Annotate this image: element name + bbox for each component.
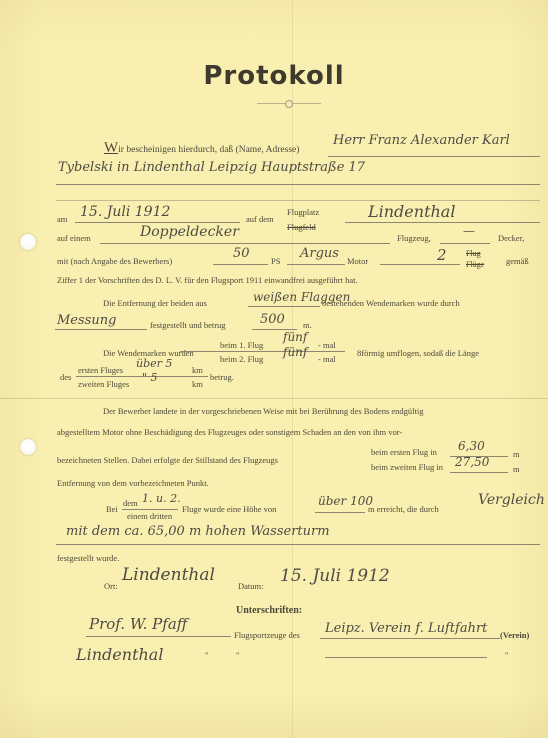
label-ps: PS — [271, 256, 280, 266]
fill-line — [56, 200, 540, 201]
handwritten-stop-1: 6,30 — [458, 439, 485, 453]
handwritten-datum: 15. Juli 1912 — [280, 566, 390, 586]
handwritten-distance: 500 — [260, 312, 285, 327]
handwritten-method-detail: mit dem ca. 65,00 m hohen Wasserturm — [66, 524, 330, 539]
label-second-flight-in: beim zweiten Flug in — [371, 462, 443, 472]
label-dem: dem — [123, 498, 138, 508]
label-ort: Ort: — [104, 581, 118, 591]
label-first-flight-in: beim ersten Flug in — [371, 447, 437, 457]
handwritten-length-1: über 5 — [136, 357, 172, 370]
label-flugzeug: Flugzeug, — [397, 233, 431, 243]
label-datum: Datum: — [238, 581, 264, 591]
label-festgestellt-wurde: festgestellt wurde. — [57, 553, 119, 563]
handwritten-which-flights: 1. u. 2. — [142, 492, 181, 505]
handwritten-club: Leipz. Verein f. Luftfahrt — [325, 621, 487, 636]
paper-fold — [0, 398, 548, 399]
fill-line — [328, 156, 540, 157]
fill-line — [320, 638, 500, 639]
handwritten-length-2: " 5 — [142, 371, 158, 384]
title-ornament — [257, 103, 321, 104]
fill-line — [380, 264, 460, 265]
label-flugfeld-struck: Flugfeld — [287, 222, 316, 232]
handwritten-turns-1: fünf — [283, 330, 307, 344]
handwritten-method: Messung — [57, 313, 116, 328]
fill-line — [325, 657, 487, 658]
fill-line — [100, 243, 390, 244]
signature-line — [86, 636, 231, 637]
handwritten-aircraft-type: Doppeldecker — [140, 224, 239, 240]
label-auf-dem: auf dem — [246, 214, 274, 224]
document-title: Protokoll — [0, 61, 548, 91]
label-des: des — [60, 372, 71, 382]
signatures-heading: Unterschriften: — [236, 605, 302, 616]
handwritten-decker: — — [463, 224, 475, 238]
label-mal: - mal — [318, 340, 336, 350]
ditto-mark: " — [205, 650, 208, 660]
handwritten-flight-count: 2 — [437, 246, 447, 264]
fill-line — [248, 306, 320, 307]
label-hoehe: Fluge wurde eine Höhe von — [182, 504, 276, 514]
punch-hole — [20, 234, 36, 250]
label-flugsportzeuge: Flugsportzeuge des — [234, 630, 300, 640]
intro-label: Wir bescheinigen hierdurch, daß (Name, A… — [104, 140, 299, 157]
fill-line — [213, 264, 268, 265]
fill-line — [345, 222, 540, 223]
label-einem-dritten: einem dritten — [127, 511, 172, 521]
label-flight2: beim 2. Flug — [220, 354, 263, 364]
label-flight1: beim 1. Flug — [220, 340, 263, 350]
handwritten-ort: Lindenthal — [122, 565, 215, 585]
label-second-flight: zweiten Fluges — [78, 379, 129, 389]
landing-text: Der Bewerber landete in der vorgeschrieb… — [103, 406, 424, 416]
fill-line — [122, 509, 178, 510]
label-mal: - mal — [318, 354, 336, 364]
fill-line — [287, 264, 345, 265]
landing-text: abgestelltem Motor ohne Beschädigung des… — [57, 427, 402, 437]
label-umflogen: 8förmig umflogen, sodaß die Länge — [357, 348, 479, 358]
fill-line — [180, 351, 345, 352]
label-distance: Die Entfernung der beiden aus — [103, 298, 207, 308]
intro-text: ir bescheinigen hierdurch, daß (Name, Ad… — [118, 145, 299, 155]
label-am: am — [57, 214, 67, 224]
label-decker: Decker, — [498, 233, 524, 243]
label-erreicht: m erreicht, die durch — [368, 504, 439, 514]
signature-2: Lindenthal — [76, 645, 163, 664]
handwritten-address: Tybelski in Lindenthal Leipzig Hauptstra… — [58, 160, 365, 175]
label-km: km — [192, 365, 203, 375]
label-flugplatz: Flugplatz — [287, 207, 319, 217]
handwritten-name: Herr Franz Alexander Karl — [333, 133, 510, 148]
fill-line — [315, 512, 365, 513]
fill-line — [450, 472, 508, 473]
label-m: m — [513, 464, 520, 474]
paper-fold-vertical — [292, 0, 293, 738]
punch-hole — [20, 439, 36, 455]
handwritten-turns-2: fünf — [283, 345, 307, 359]
handwritten-height: über 100 — [318, 494, 373, 508]
label-bei: Bei — [106, 504, 118, 514]
handwritten-ps: 50 — [233, 246, 250, 261]
label-fluege-struck: Flüge — [466, 260, 484, 269]
lead-letter: W — [104, 140, 118, 156]
label-flug-struck: Flug — [466, 249, 481, 258]
label-verein: (Verein) — [500, 630, 529, 640]
handwritten-motor: Argus — [300, 246, 339, 261]
label-festgestellt: festgestellt und betrug — [150, 320, 226, 330]
label-first-flight: ersten Fluges — [78, 365, 123, 375]
landing-text: Entfernung von dem vorbezeichneten Punkt… — [57, 478, 209, 488]
landing-text: bezeichneten Stellen. Dabei erfolgte der… — [57, 455, 278, 465]
label-km: km — [192, 379, 203, 389]
handwritten-place: Lindenthal — [368, 202, 455, 221]
handwritten-method: Vergleich — [478, 492, 545, 508]
handwritten-date: 15. Juli 1912 — [80, 204, 170, 220]
fill-line — [75, 222, 240, 223]
handwritten-stop-2: 27,50 — [455, 455, 489, 469]
label-gemaess: gemäß — [506, 256, 529, 266]
fill-line — [56, 184, 540, 185]
ditto-mark: " — [505, 650, 508, 660]
ditto-mark: " — [236, 650, 239, 660]
label-motor: Motor — [347, 256, 368, 266]
label-betrug: betrug. — [210, 372, 234, 382]
label-auf-einem: auf einem — [57, 233, 91, 243]
fill-line — [55, 329, 147, 330]
label-m: m — [513, 449, 520, 459]
label-wendemarken: bestehenden Wendemarken wurde durch — [322, 298, 460, 308]
label-bewerber: mit (nach Angabe des Bewerbers) — [57, 256, 172, 266]
label-m: m. — [303, 320, 312, 330]
fill-line — [56, 544, 540, 545]
signature-1: Prof. W. Pfaff — [89, 615, 187, 633]
regulation-text: Ziffer 1 der Vorschriften des D. L. V. f… — [57, 275, 358, 285]
fill-line — [440, 243, 490, 244]
